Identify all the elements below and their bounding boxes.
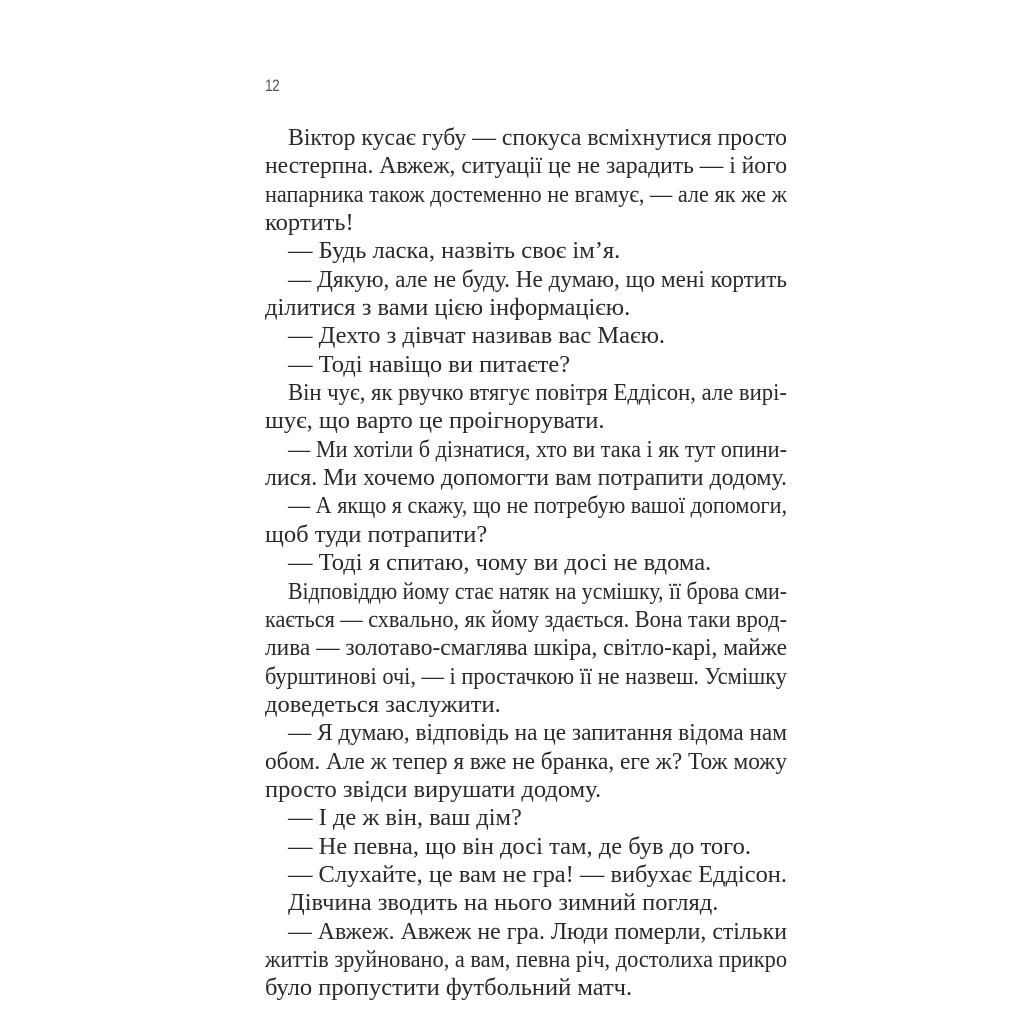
- text-line: — Я думаю, відповідь на це запитання від…: [265, 719, 787, 747]
- text-line: було пропустити футбольний матч.: [265, 974, 787, 1002]
- text-line: просто звідси вирушати додому.: [265, 776, 787, 804]
- text-line: — Слухайте, це вам не гра! — вибухає Едд…: [265, 861, 787, 889]
- text-line: шує, що варто це проігнорувати.: [265, 407, 787, 435]
- text-line: — А якщо я скажу, що не потребую вашої д…: [265, 492, 787, 520]
- text-line: ділитися з вами цією інформацією.: [265, 294, 787, 322]
- text-line: Віктор кусає губу — спокуса всміхнутися …: [265, 124, 787, 152]
- page-number: 12: [265, 76, 279, 96]
- text-line: напарника також достеменно не вгамує, — …: [265, 181, 787, 209]
- text-line: бурштинові очі, — і простачкою її не наз…: [265, 663, 787, 691]
- text-line: — Не певна, що він досі там, де був до т…: [265, 833, 787, 861]
- text-line: — Будь ласка, назвіть своє ім’я.: [265, 237, 787, 265]
- text-line: — Авжеж. Авжеж не гра. Люди померли, сті…: [265, 918, 787, 946]
- text-line: — Ми хотіли б дізнатися, хто ви така і я…: [265, 436, 787, 464]
- text-line: лися. Ми хочемо допомогти вам потрапити …: [265, 464, 787, 492]
- text-line: лива — золотаво-смаглява шкіра, світло-к…: [265, 634, 787, 662]
- text-line: — Тоді навіщо ви питаєте?: [265, 351, 787, 379]
- text-line: Дівчина зводить на нього зимний погляд.: [265, 889, 787, 917]
- text-line: кортить!: [265, 209, 787, 237]
- text-line: — Дехто з дівчат називав вас Маєю.: [265, 322, 787, 350]
- text-line: — Тоді я спитаю, чому ви досі не вдома.: [265, 549, 787, 577]
- text-line: — Дякую, але не буду. Не думаю, що мені …: [265, 266, 787, 294]
- text-line: обом. Але ж тепер я вже не бранка, еге ж…: [265, 748, 787, 776]
- text-line: Він чує, як рвучко втягує повітря Еддісо…: [265, 379, 787, 407]
- text-line: кається — схвально, як йому здається. Во…: [265, 606, 787, 634]
- text-line: життів зруйновано, а вам, певна річ, дос…: [265, 946, 787, 974]
- book-page: 12 Віктор кусає губу — спокуса всміхнути…: [0, 0, 1024, 1024]
- body-text: Віктор кусає губу — спокуса всміхнутися …: [265, 124, 787, 1003]
- text-line: щоб туди потрапити?: [265, 521, 787, 549]
- text-line: — І де ж він, ваш дім?: [265, 804, 787, 832]
- text-line: доведеться заслужити.: [265, 691, 787, 719]
- text-line: нестерпна. Авжеж, ситуації це не зарадит…: [265, 152, 787, 180]
- text-line: Відповіддю йому стає натяк на усмішку, ї…: [265, 578, 787, 606]
